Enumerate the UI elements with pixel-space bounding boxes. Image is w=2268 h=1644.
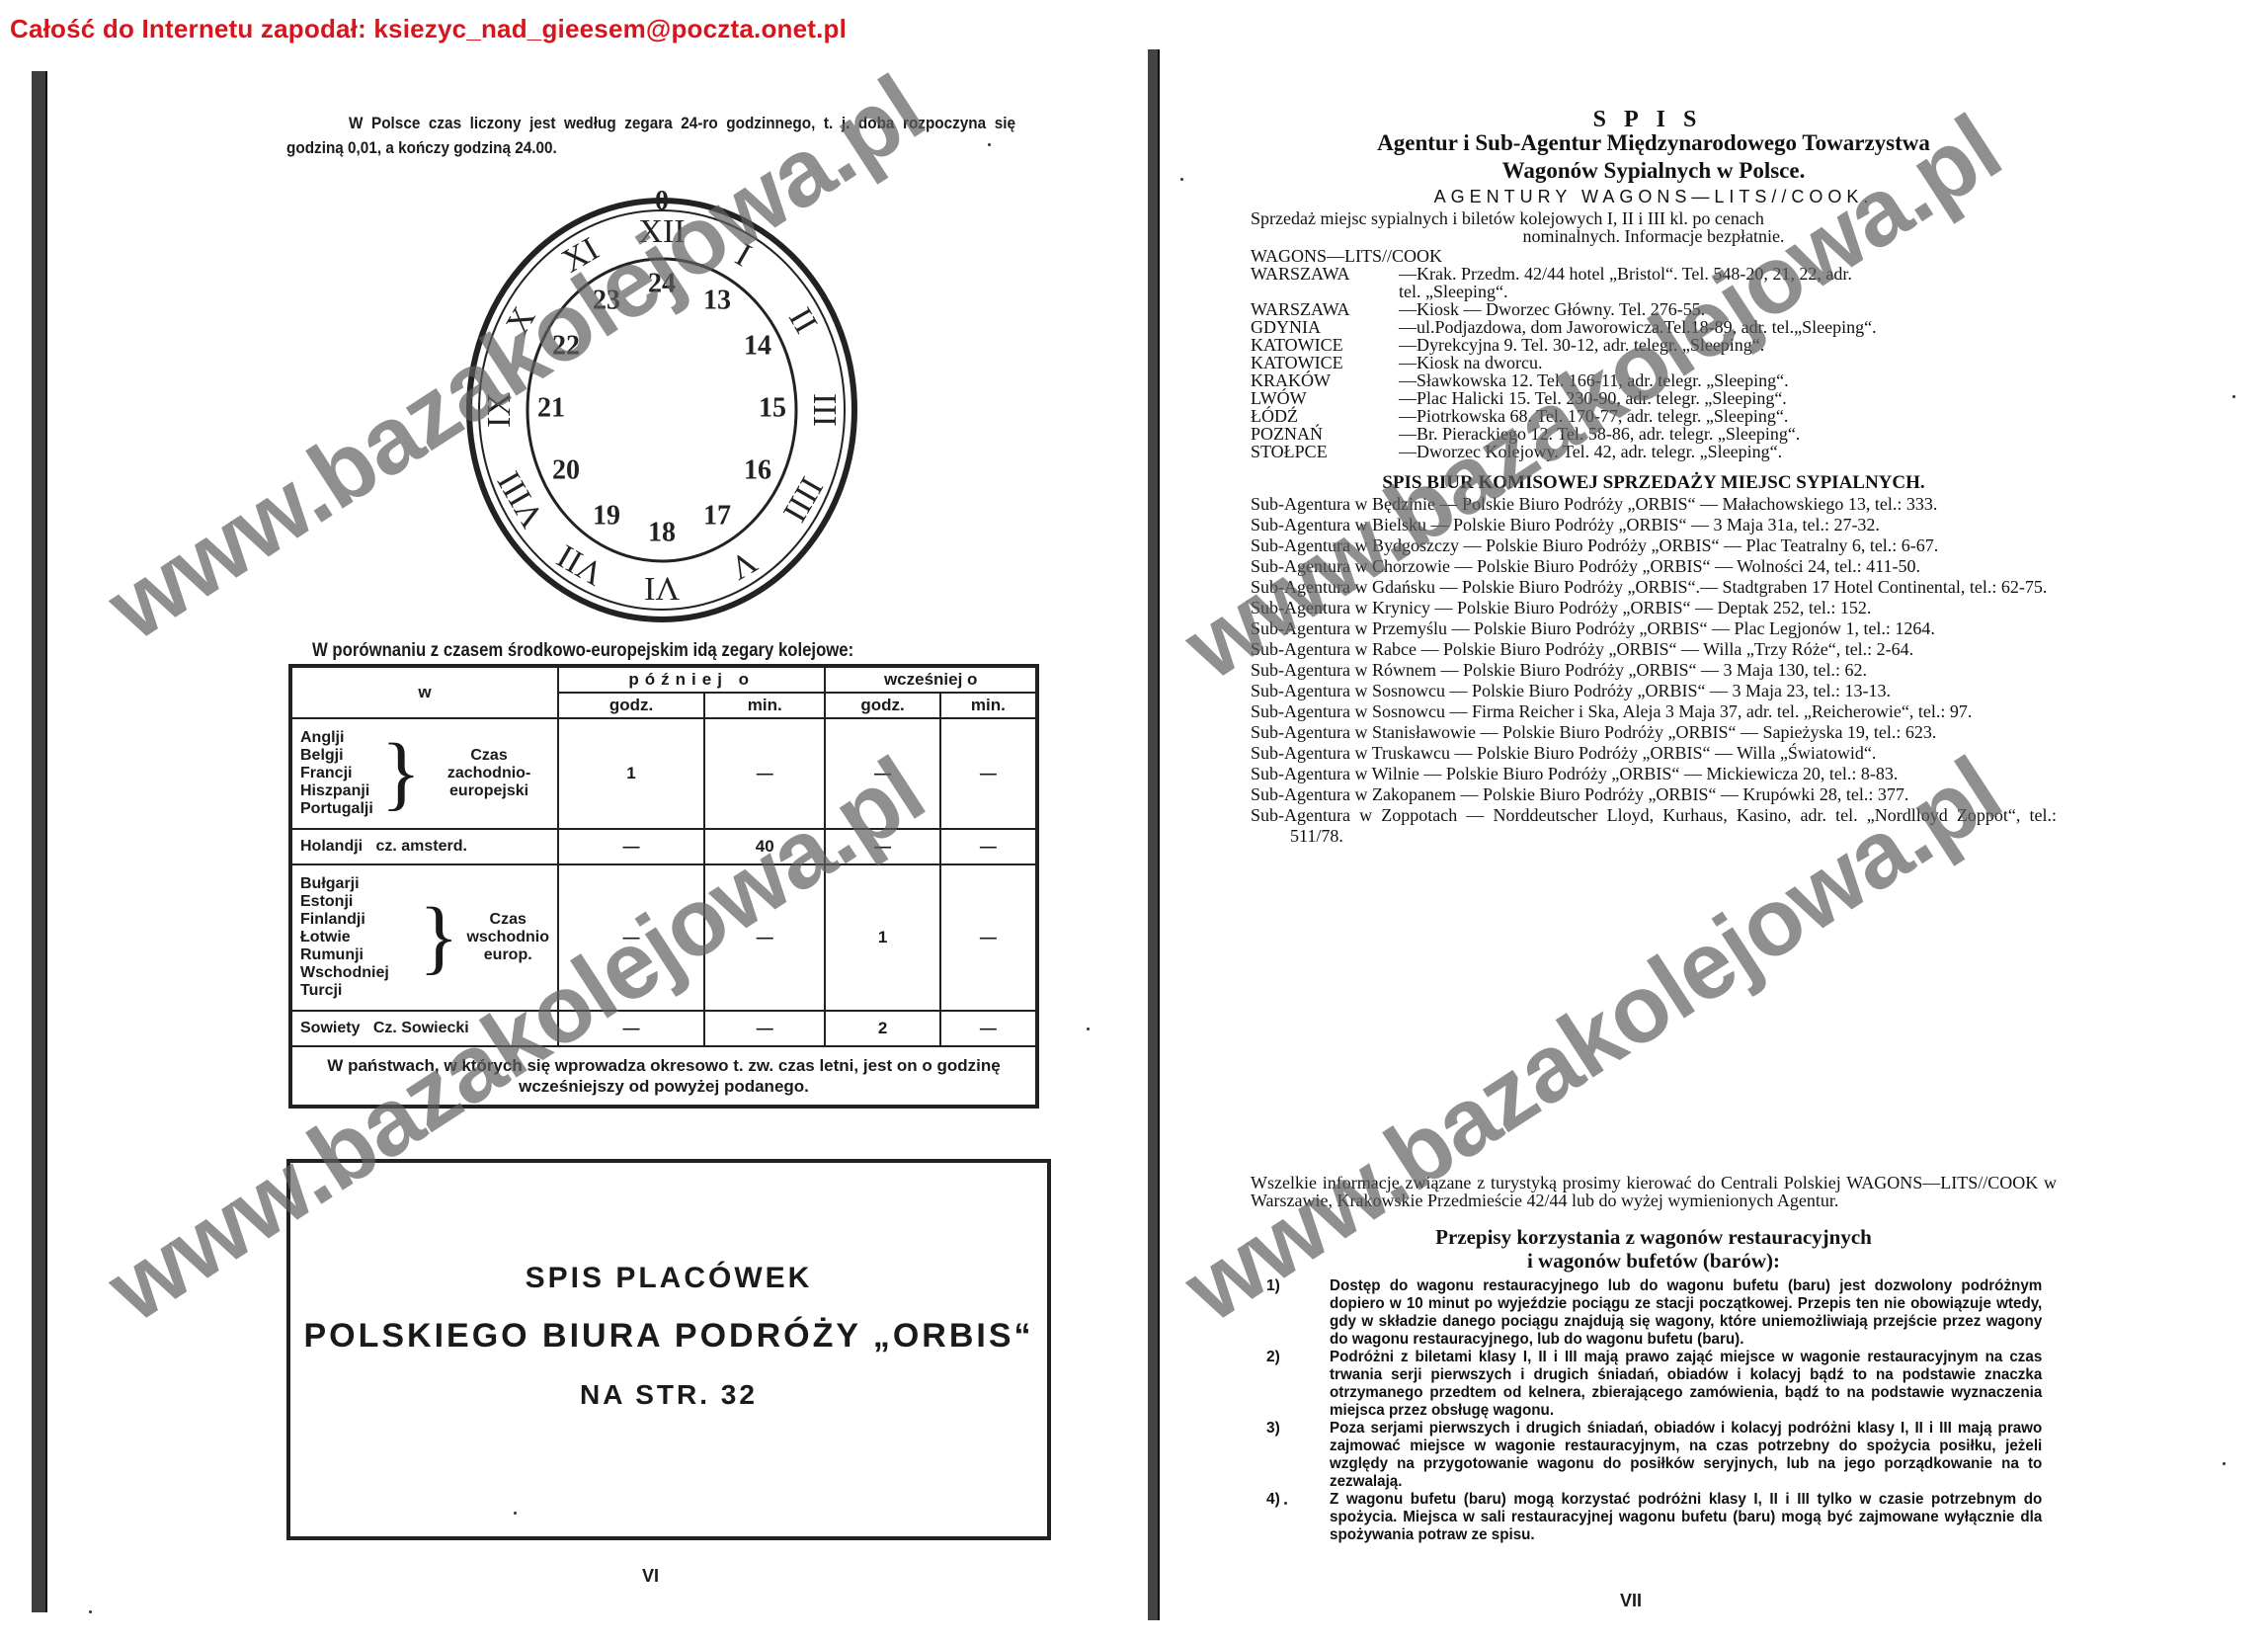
offset-cell: — — [940, 1011, 1037, 1046]
offset-cell: — — [940, 718, 1037, 829]
uploader-credit: Całość do Internetu zapodał: ksiezyc_nad… — [10, 14, 847, 44]
agency-address: —Piotrkowska 68. Tel. 170-77, adr. teleg… — [1399, 407, 2057, 425]
agency-address: —Kiosk — Dworzec Główny. Tel. 276-55. — [1399, 300, 2057, 318]
agency-entry: KATOWICE—Dyrekcyjna 9. Tel. 30-12, adr. … — [1251, 336, 2057, 354]
agency-city: ŁÓDŹ — [1251, 407, 1399, 425]
page-vii: SPIS Agentur i Sub-Agentur Międzynarodow… — [1185, 59, 2268, 1630]
agency-address: —Kiosk na dworcu. — [1399, 354, 2057, 371]
offset-cell: — — [704, 1011, 825, 1046]
offset-cell: — — [940, 864, 1037, 1011]
scan-edge-left — [32, 71, 47, 1612]
agency-address: —Sławkowska 12. Tel. 166-11, adr. telegr… — [1399, 371, 2057, 389]
page-vi: W Polsce czas liczony jest według zegara… — [59, 59, 1136, 1630]
svg-text:IX: IX — [481, 392, 518, 428]
offset-cell: 1 — [825, 864, 939, 1011]
sub-agencies-list: Sub-Agentura w Będzinie — Polskie Biuro … — [1251, 494, 2057, 847]
offset-cell: — — [704, 864, 825, 1011]
agency-city: LWÓW — [1251, 389, 1399, 407]
svg-text:VI: VI — [644, 570, 680, 607]
offset-cell: 1 — [558, 718, 704, 829]
clock-face-24h: 0XII24I13II14III15IIII16V17VI18VII19VIII… — [454, 183, 869, 627]
svg-text:14: 14 — [744, 330, 771, 361]
agency-entry: WARSZAWA—Krak. Przedm. 42/44 hotel „Bris… — [1251, 265, 2057, 283]
agencies-heading: AGENTURY WAGONS—LITS//COOK. — [1251, 187, 2057, 207]
sub-agency-entry: Sub-Agentura w Chorzowie — Polskie Biuro… — [1251, 556, 2057, 577]
svg-text:16: 16 — [744, 454, 771, 485]
list-subtitle-1: Agentur i Sub-Agentur Międzynarodowego T… — [1251, 130, 2057, 156]
agencies-list: WAGONS—LITS//COOK WARSZAWA—Krak. Przedm.… — [1251, 247, 2057, 460]
offset-cell: — — [825, 718, 939, 829]
rule-item: 4)Z wagonu bufetu (baru) mogą korzystać … — [1251, 1491, 2057, 1544]
col-later-hours: godz. — [558, 693, 704, 718]
offset-cell: — — [558, 829, 704, 864]
svg-text:0: 0 — [655, 186, 669, 216]
agency-city: POZNAŃ — [1251, 425, 1399, 443]
sub-agency-entry: Sub-Agentura w Gdańsku — Polskie Biuro P… — [1251, 577, 2057, 598]
svg-text:IIII: IIII — [775, 470, 830, 528]
col-country: w — [290, 666, 558, 718]
offset-cell: — — [558, 864, 704, 1011]
agency-address: —Dyrekcyjna 9. Tel. 30-12, adr. telegr. … — [1399, 336, 2057, 354]
orbis-reference-box: SPIS PLACÓWEK POLSKIEGO BIURA PODRÓŻY „O… — [286, 1159, 1051, 1540]
dining-car-rules: 1)Dostęp do wagonu restauracyjnego lub d… — [1251, 1277, 2057, 1544]
sub-agency-entry: Sub-Agentura w Będzinie — Polskie Biuro … — [1251, 494, 2057, 515]
country-cell: Sowiety Cz. Sowiecki — [290, 1011, 558, 1046]
agency-entry: KRAKÓW—Sławkowska 12. Tel. 166-11, adr. … — [1251, 371, 2057, 389]
agency-city: WARSZAWA — [1251, 300, 1399, 318]
agency-entry: GDYNIA—ul.Podjazdowa, dom Jaworowicza.Te… — [1251, 318, 2057, 336]
rules-title: Przepisy korzystania z wagonów restaurac… — [1251, 1225, 2057, 1273]
agency-address: —Krak. Przedm. 42/44 hotel „Bristol“. Te… — [1399, 265, 2057, 283]
rule-item: 1)Dostęp do wagonu restauracyjnego lub d… — [1251, 1277, 2057, 1349]
svg-text:21: 21 — [537, 392, 565, 423]
tourism-info: Wszelkie informacje związane z turystyką… — [1251, 1174, 2057, 1209]
sub-agency-entry: Sub-Agentura w Bielsku — Polskie Biuro P… — [1251, 515, 2057, 535]
orbis-box-line3: NA STR. 32 — [290, 1379, 1047, 1411]
svg-text:XII: XII — [638, 213, 685, 250]
agency-address: —Plac Halicki 15. Tel. 230-90, adr. tele… — [1399, 389, 2057, 407]
agency-entry: KATOWICE—Kiosk na dworcu. — [1251, 354, 2057, 371]
agency-address: —ul.Podjazdowa, dom Jaworowicza.Tel.18-8… — [1399, 318, 2057, 336]
orbis-box-line1: SPIS PLACÓWEK — [290, 1262, 1047, 1295]
offset-cell: — — [558, 1011, 704, 1046]
sub-agency-entry: Sub-Agentura w Sosnowcu — Polskie Biuro … — [1251, 681, 2057, 701]
svg-text:19: 19 — [593, 501, 620, 532]
agency-entry: WARSZAWA—Kiosk — Dworzec Główny. Tel. 27… — [1251, 300, 2057, 318]
list-subtitle-2: Wagonów Sypialnych w Polsce. — [1251, 158, 2057, 184]
agency-city: KATOWICE — [1251, 336, 1399, 354]
sub-agency-entry: Sub-Agentura w Stanisławowie — Polskie B… — [1251, 722, 2057, 743]
table-row: AngljiBelgjiFrancjiHiszpanjiPortugalji}C… — [290, 718, 1037, 829]
svg-text:20: 20 — [552, 454, 580, 485]
agency-entry: ŁÓDŹ—Piotrkowska 68. Tel. 170-77, adr. t… — [1251, 407, 2057, 425]
agency-city: WARSZAWA — [1251, 265, 1399, 283]
agency-entry: STOŁPCE—Dworzec Kolejowy. Tel. 42, adr. … — [1251, 443, 2057, 460]
sub-agency-entry: Sub-Agentura w Przemyślu — Polskie Biuro… — [1251, 618, 2057, 639]
table-row: Holandji cz. amsterd.—40—— — [290, 829, 1037, 864]
agency-entry: LWÓW—Plac Halicki 15. Tel. 230-90, adr. … — [1251, 389, 2057, 407]
offset-cell: — — [825, 829, 939, 864]
agency-city: KATOWICE — [1251, 354, 1399, 371]
svg-text:15: 15 — [759, 392, 786, 423]
sub-agency-entry: Sub-Agentura w Rabce — Polskie Biuro Pod… — [1251, 639, 2057, 660]
agency-address: —Dworzec Kolejowy. Tel. 42, adr. telegr.… — [1399, 443, 2057, 460]
country-cell: Holandji cz. amsterd. — [290, 829, 558, 864]
offset-cell: — — [940, 829, 1037, 864]
sub-agency-entry: Sub-Agentura w Wilnie — Polskie Biuro Po… — [1251, 764, 2057, 784]
sub-agency-entry: Sub-Agentura w Równem — Polskie Biuro Po… — [1251, 660, 2057, 681]
agency-city: GDYNIA — [1251, 318, 1399, 336]
svg-text:22: 22 — [552, 330, 580, 361]
rule-item: 3)Poza serjami pierwszych i drugich śnia… — [1251, 1420, 2057, 1491]
commission-title: SPIS BIUR KOMISOWEJ SPRZEDAŻY MIEJSC SYP… — [1251, 472, 2057, 494]
book-spine — [1148, 49, 1160, 1620]
time-intro: W Polsce czas liczony jest według zegara… — [286, 111, 1015, 160]
sub-agency-entry: Sub-Agentura w Truskawcu — Polskie Biuro… — [1251, 743, 2057, 764]
agency-address: —Br. Pierackiego 12. Tel. 58-86, adr. te… — [1399, 425, 2057, 443]
sub-agency-entry: Sub-Agentura w Sosnowcu — Firma Reicher … — [1251, 701, 2057, 722]
comparison-title: W porównaniu z czasem środkowo-europejsk… — [312, 640, 853, 662]
orbis-box-line2: POLSKIEGO BIURA PODRÓŻY „ORBIS“ — [290, 1317, 1047, 1356]
svg-text:17: 17 — [703, 501, 731, 532]
svg-text:23: 23 — [593, 285, 620, 315]
col-later: później o — [558, 666, 825, 693]
col-later-minutes: min. — [704, 693, 825, 718]
sub-agency-entry: Sub-Agentura w Bydgoszczy — Polskie Biur… — [1251, 535, 2057, 556]
country-cell: BułgarjiEstonjiFinlandjiŁotwieRumunjiWsc… — [290, 864, 558, 1011]
col-earlier-hours: godz. — [825, 693, 939, 718]
svg-text:III: III — [806, 393, 843, 427]
rule-item: 2)Podróżni z biletami klasy I, II i III … — [1251, 1349, 2057, 1420]
col-earlier: wcześniej o — [825, 666, 1037, 693]
page-number-left: VI — [642, 1566, 659, 1587]
summer-time-note: W państwach, w których się wprowadza okr… — [290, 1046, 1037, 1107]
offset-cell: — — [704, 718, 825, 829]
sub-agency-entry: Sub-Agentura w Krynicy — Polskie Biuro P… — [1251, 598, 2057, 618]
agency-city: STOŁPCE — [1251, 443, 1399, 460]
agency-city: KRAKÓW — [1251, 371, 1399, 389]
page-number-right: VII — [1620, 1591, 1642, 1611]
col-earlier-minutes: min. — [940, 693, 1037, 718]
svg-text:XI: XI — [556, 231, 606, 281]
country-cell: AngljiBelgjiFrancjiHiszpanjiPortugalji}C… — [290, 718, 558, 829]
table-row: Sowiety Cz. Sowiecki——2— — [290, 1011, 1037, 1046]
svg-text:13: 13 — [703, 285, 731, 315]
sale-info: Sprzedaż miejsc sypialnych i biletów kol… — [1251, 209, 2057, 245]
agency-entry: POZNAŃ—Br. Pierackiego 12. Tel. 58-86, a… — [1251, 425, 2057, 443]
timezone-table: w później o wcześniej o godz. min. godz.… — [288, 664, 1039, 1109]
sub-agency-entry: Sub-Agentura w Zakopanem — Polskie Biuro… — [1251, 784, 2057, 805]
list-title: SPIS — [1251, 107, 2057, 133]
sub-agency-entry: Sub-Agentura w Zoppotach — Norddeutscher… — [1251, 805, 2057, 847]
svg-text:18: 18 — [648, 517, 676, 547]
offset-cell: 40 — [704, 829, 825, 864]
svg-text:24: 24 — [648, 268, 676, 298]
agencies-header: WAGONS—LITS//COOK — [1251, 247, 2057, 265]
offset-cell: 2 — [825, 1011, 939, 1046]
svg-text:I: I — [729, 237, 757, 275]
table-row: BułgarjiEstonjiFinlandjiŁotwieRumunjiWsc… — [290, 864, 1037, 1011]
